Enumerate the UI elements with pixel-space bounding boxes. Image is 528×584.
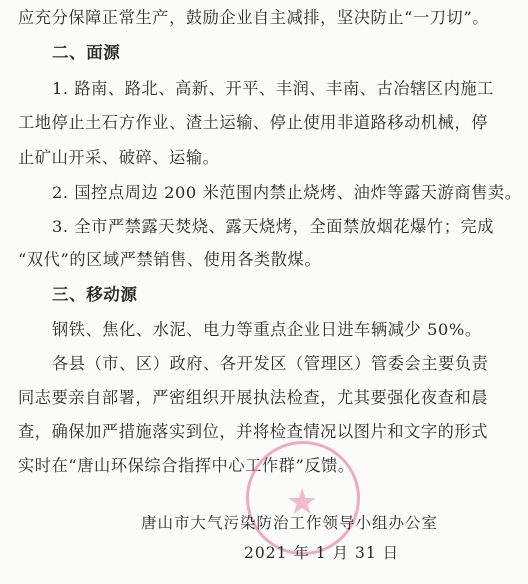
section-heading-area-source: 二、面源 (52, 43, 528, 63)
section-heading-mobile-source: 三、移动源 (52, 285, 528, 305)
body-line: 钢铁、焦化、水泥、电力等重点企业日进车辆减少 50%。 (52, 320, 528, 340)
signature-date: 2021 年 1 月 31 日 (244, 541, 399, 563)
body-line: 止矿山开采、破碎、运输。 (18, 148, 514, 168)
body-line: “双代”的区域严禁销售、使用各类散煤。 (18, 250, 514, 270)
body-line: 查，确保加严措施落实到位，并将检查情况以图片和文字的形式 (18, 422, 514, 442)
item-1-line: 1. 路南、路北、高新、开平、丰润、丰南、古冶辖区内施工 (52, 79, 528, 99)
signature-organization: 唐山市大气污染防治工作领导小组办公室 (141, 511, 438, 533)
item-2-line: 2. 国控点周边 200 米范围内禁止烧烤、油炸等露天游商售卖。 (52, 183, 528, 203)
document-page: 应充分保障正常生产，鼓励企业自主减排，坚决防止“一刀切”。 二、面源 1. 路南… (0, 0, 528, 584)
body-line: 各县（市、区）政府、各开发区（管理区）管委会主要负责 (52, 354, 528, 374)
body-line: 同志要亲自部署，严密组织开展执法检查，尤其要强化夜查和晨 (18, 388, 514, 408)
body-line: 工地停止土石方作业、渣土运输、停止使用非道路移动机械，停 (18, 113, 514, 133)
item-3-line: 3. 全市严禁露天焚烧、露天烧烤，全面禁放烟花爆竹；完成 (52, 217, 528, 237)
body-line: 应充分保障正常生产，鼓励企业自主减排，坚决防止“一刀切”。 (18, 8, 514, 28)
